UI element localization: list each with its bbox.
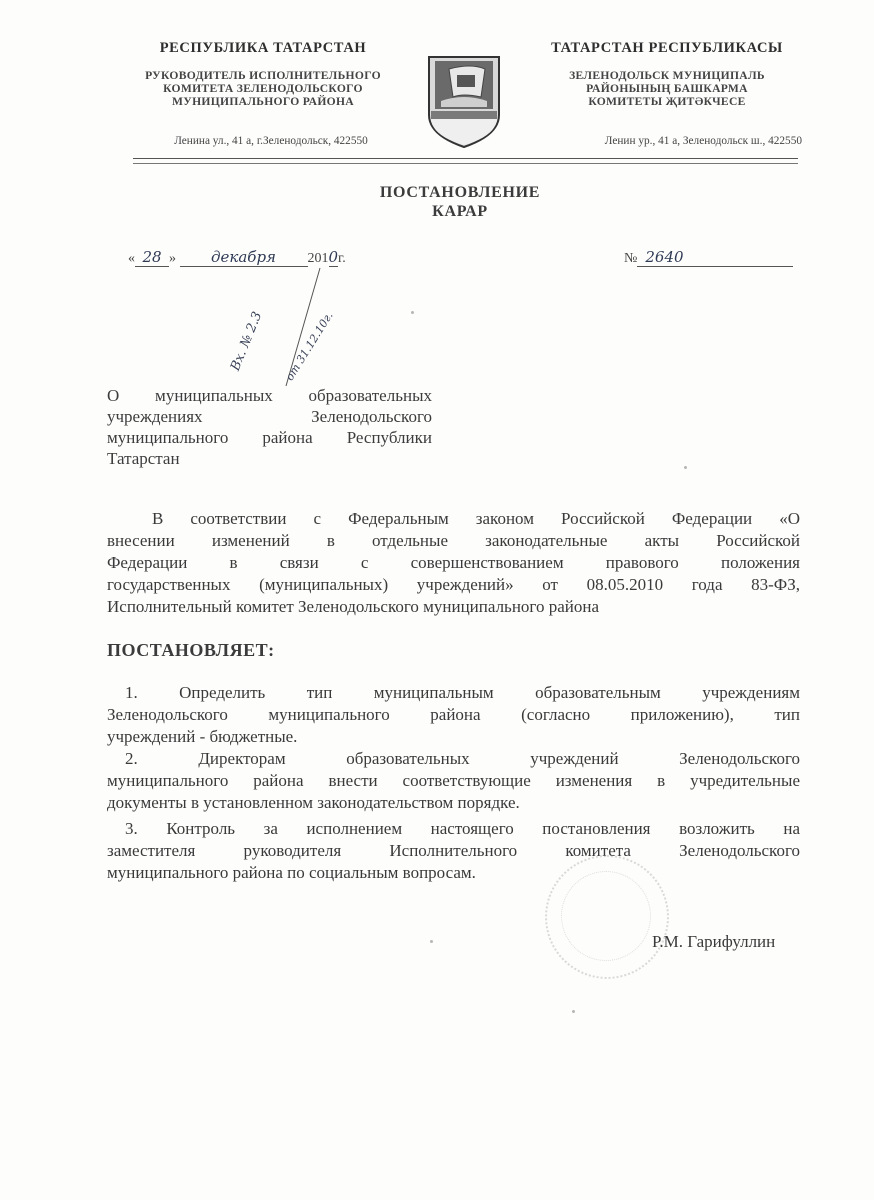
- org-line: ЗЕЛЕНОДОЛЬСК МУНИЦИПАЛЬ: [528, 69, 806, 82]
- preamble-line: государственных (муниципальных) учрежден…: [107, 574, 800, 596]
- document-subject: О муниципальных образовательных учрежден…: [107, 385, 432, 469]
- official-stamp-icon: [545, 855, 669, 979]
- item-line: документы в установленном законодательст…: [107, 792, 800, 814]
- item-line: учреждений - бюджетные.: [107, 726, 800, 748]
- subject-line: О муниципальных образовательных: [107, 385, 432, 406]
- item-line: муниципального района внести соответству…: [107, 770, 800, 792]
- decree-item-1: 1. Определить тип муниципальным образова…: [107, 682, 800, 748]
- subject-line: Татарстан: [107, 448, 432, 469]
- scan-speck: [684, 466, 687, 469]
- handwritten-annotation: Вх. № 2.3 от 31.12.10г.: [228, 258, 368, 388]
- document-number: №2640: [624, 248, 793, 267]
- scan-speck: [572, 1010, 575, 1013]
- decree-label: ПОСТАНОВЛЯЕТ:: [107, 640, 275, 661]
- preamble-paragraph: В соответствии с Федеральным законом Рос…: [107, 508, 800, 618]
- scan-speck: [430, 940, 433, 943]
- country-name-tt: ТАТАРСТАН РЕСПУБЛИКАСЫ: [528, 40, 806, 57]
- header-divider: [133, 158, 798, 159]
- decree-item-3: 3. Контроль за исполнением настоящего по…: [107, 818, 800, 884]
- date-quote-close: »: [169, 251, 176, 266]
- org-line: КОМИТЕТЫ ҖИТӘКЧЕСЕ: [528, 95, 806, 108]
- date-quote-open: «: [128, 251, 135, 266]
- subject-line: муниципального района Республики: [107, 427, 432, 448]
- item-line: заместителя руководителя Исполнительного…: [107, 840, 800, 862]
- coat-of-arms-icon: [423, 53, 505, 149]
- preamble-line: Федерации в связи с совершенствованием п…: [107, 552, 800, 574]
- org-line: МУНИЦИПАЛЬНОГО РАЙОНА: [118, 95, 408, 108]
- address-tt: Ленин ур., 41 а, Зеленодольск ш., 422550: [528, 135, 806, 147]
- org-name-tt: ЗЕЛЕНОДОЛЬСК МУНИЦИПАЛЬ РАЙОНЫНЫҢ БАШКАР…: [528, 69, 806, 108]
- scan-speck: [411, 311, 414, 314]
- item-line: Зеленодольского муниципального района (с…: [107, 704, 800, 726]
- header-right-tt: ТАТАРСТАН РЕСПУБЛИКАСЫ ЗЕЛЕНОДОЛЬСК МУНИ…: [528, 40, 806, 147]
- org-line: РАЙОНЫНЫҢ БАШКАРМА: [528, 82, 806, 95]
- number-label: №: [624, 251, 637, 266]
- preamble-line: внесении изменений в отдельные законодат…: [107, 530, 800, 552]
- date-day: 28: [135, 248, 169, 267]
- header-left-ru: РЕСПУБЛИКА ТАТАРСТАН РУКОВОДИТЕЛЬ ИСПОЛН…: [118, 40, 408, 147]
- preamble-line: В соответствии с Федеральным законом Рос…: [107, 508, 800, 530]
- item-line: 3. Контроль за исполнением настоящего по…: [107, 818, 800, 840]
- preamble-line: Исполнительный комитет Зеленодольского м…: [107, 596, 800, 618]
- item-line: 1. Определить тип муниципальным образова…: [107, 682, 800, 704]
- header-divider-thin: [133, 163, 798, 164]
- org-line: КОМИТЕТА ЗЕЛЕНОДОЛЬСКОГО: [118, 82, 408, 95]
- document-type-title: ПОСТАНОВЛЕНИЕ: [300, 183, 620, 202]
- item-line: муниципального района по социальным вопр…: [107, 862, 800, 884]
- decree-item-2: 2. Директорам образовательных учреждений…: [107, 748, 800, 814]
- signatory-name: Р.М. Гарифуллин: [652, 932, 775, 952]
- item-line: 2. Директорам образовательных учреждений…: [107, 748, 800, 770]
- document-type-subtitle: КАРАР: [300, 202, 620, 221]
- org-name-ru: РУКОВОДИТЕЛЬ ИСПОЛНИТЕЛЬНОГО КОМИТЕТА ЗЕ…: [118, 69, 408, 108]
- subject-line: учреждениях Зеленодольского: [107, 406, 432, 427]
- country-name-ru: РЕСПУБЛИКА ТАТАРСТАН: [118, 40, 408, 57]
- document-type: ПОСТАНОВЛЕНИЕ КАРАР: [300, 183, 620, 221]
- number-value: 2640: [637, 248, 793, 267]
- document-page: РЕСПУБЛИКА ТАТАРСТАН РУКОВОДИТЕЛЬ ИСПОЛН…: [0, 0, 874, 1200]
- address-ru: Ленина ул., 41 а, г.Зеленодольск, 422550: [118, 135, 408, 147]
- org-line: РУКОВОДИТЕЛЬ ИСПОЛНИТЕЛЬНОГО: [118, 69, 408, 82]
